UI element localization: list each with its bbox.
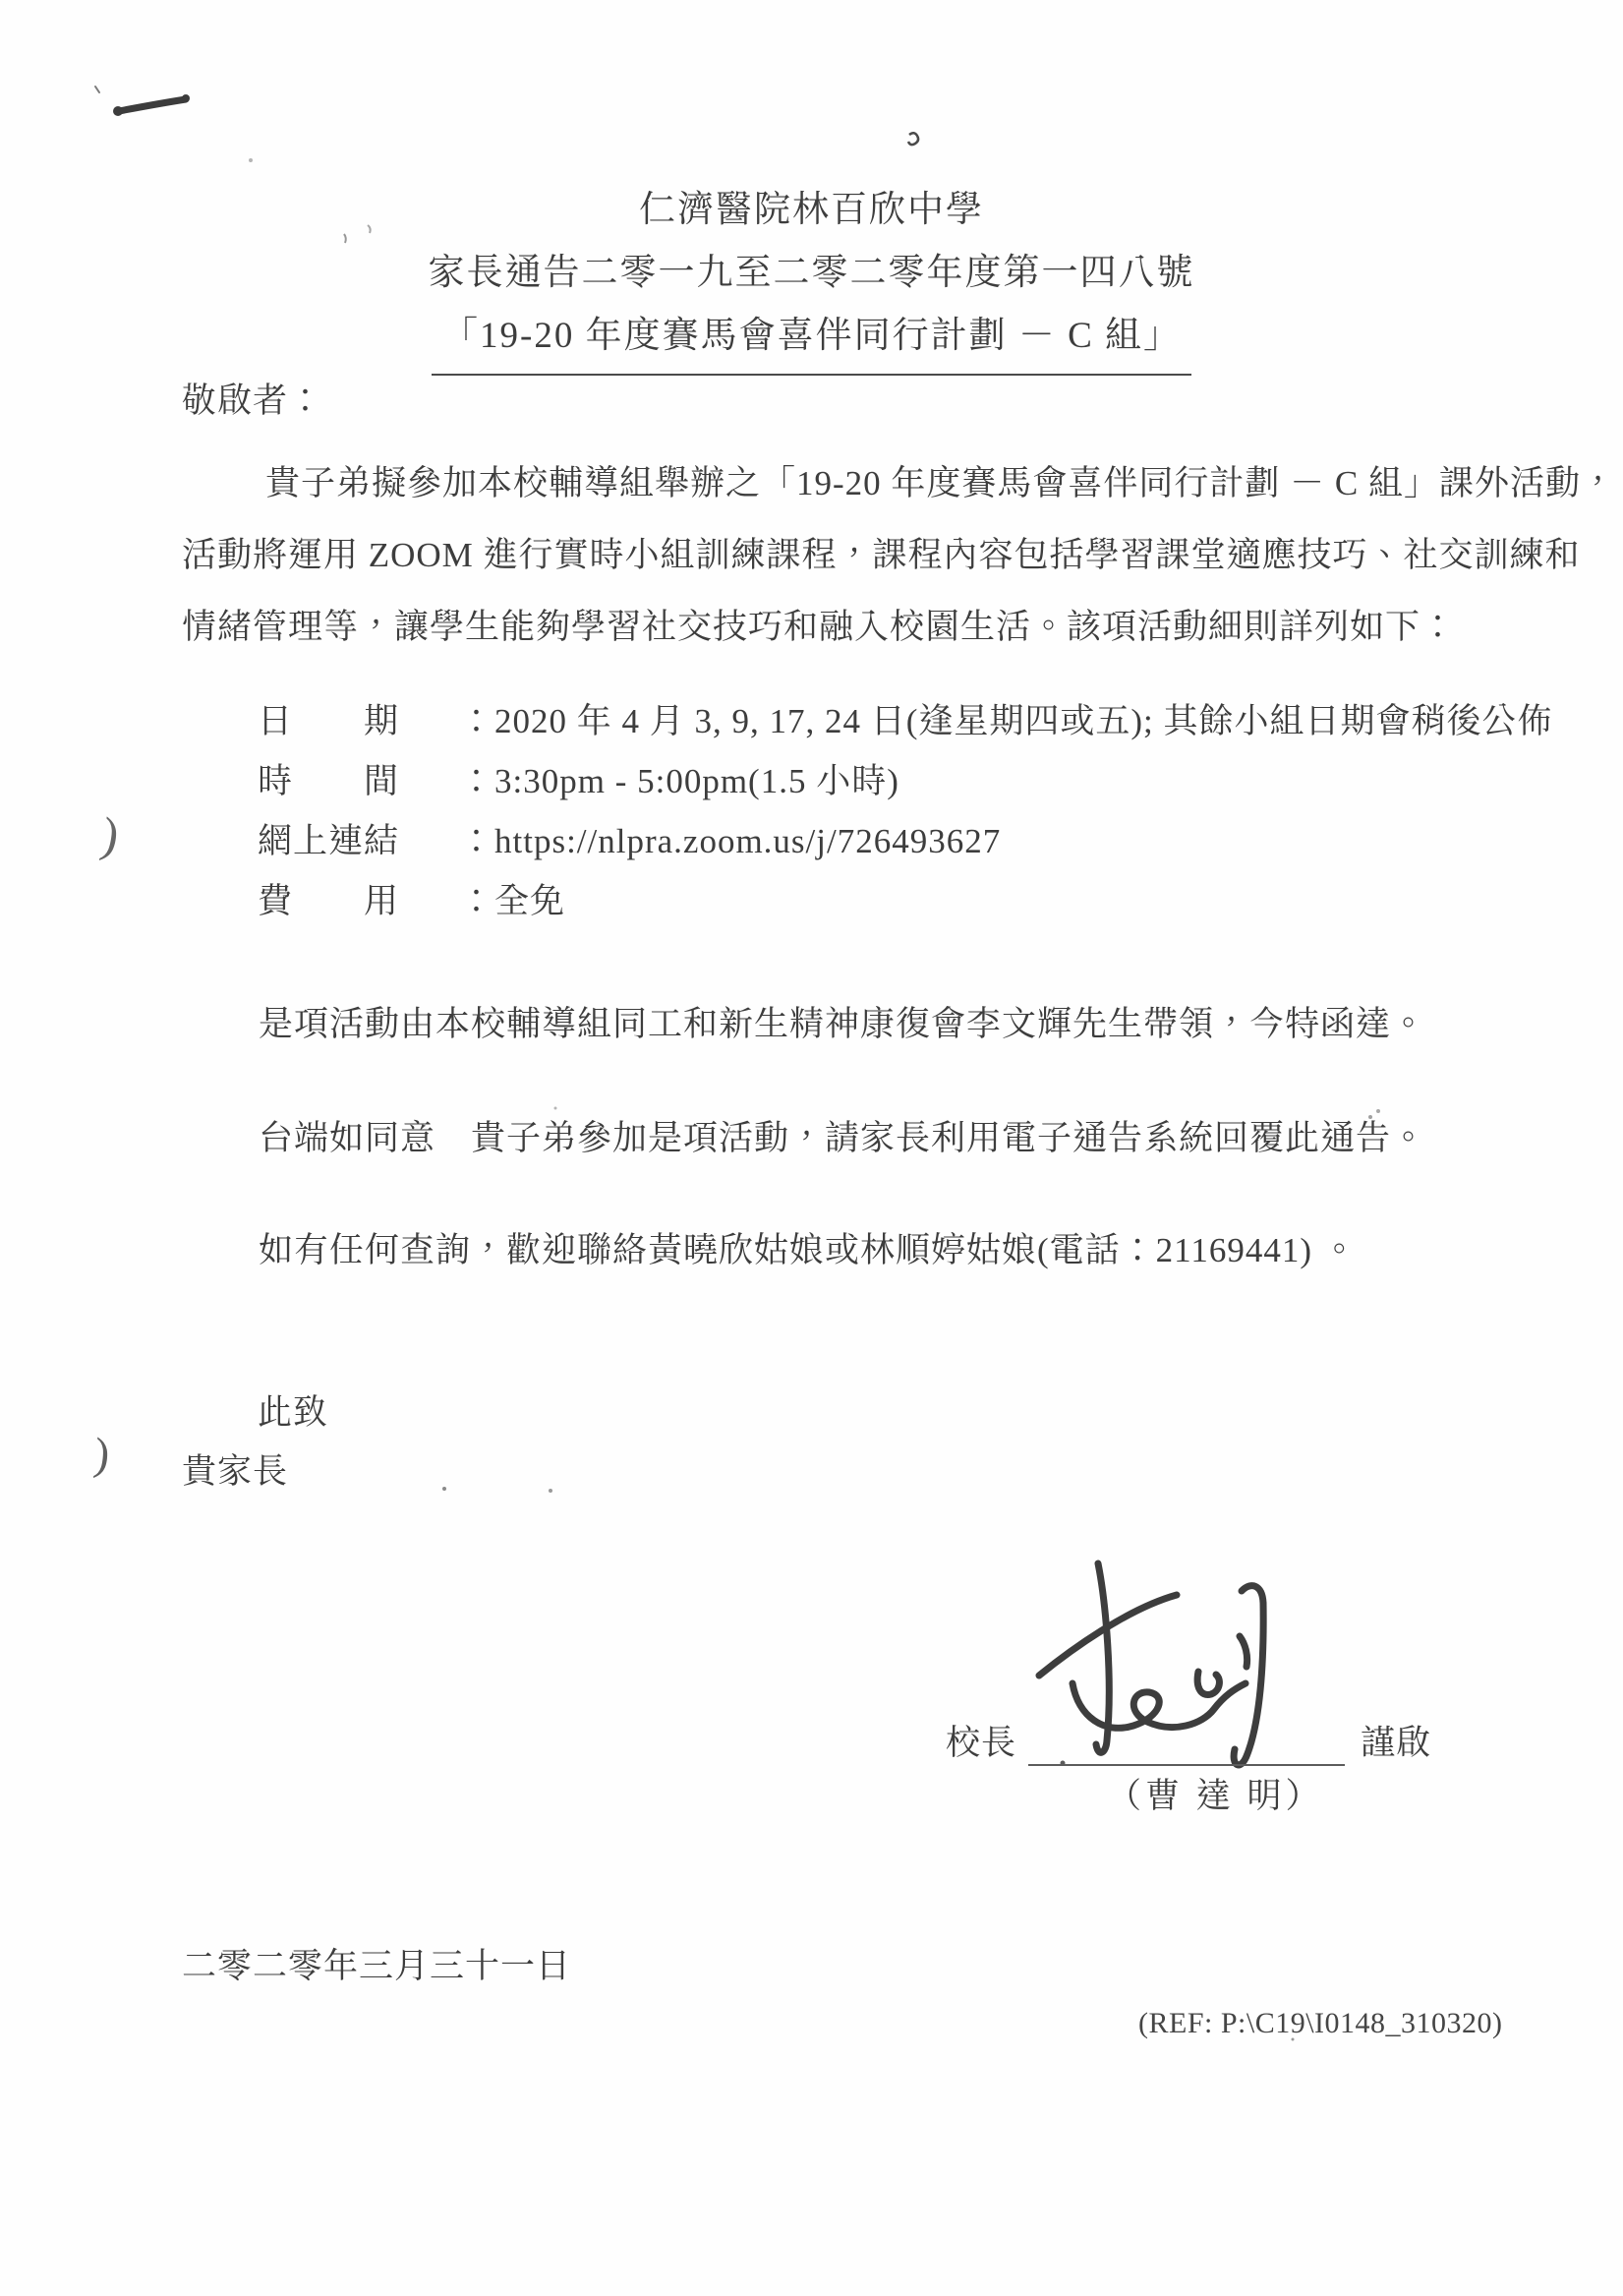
file-reference: (REF: P:\C19\I0148_310320) <box>1138 2009 1503 2038</box>
notice-title: 「19-20 年度賽馬會喜伴同行計劃 － C 組」 <box>0 305 1623 376</box>
paragraph-leader: 是項活動由本校輔導組同工和新生精神康復會李文輝先生帶領，今特函達。 <box>259 1007 1426 1041</box>
detail-row-link: 網上連結：https://nlpra.zoom.us/j/726493627 <box>258 811 1553 871</box>
detail-label-time: 時 間 <box>258 751 459 811</box>
detail-value-date: ：2020 年 4 月 3, 9, 17, 24 日(逢星期四或五); 其餘小組… <box>459 702 1553 740</box>
notice-date: 二零二零年三月三十一日 <box>182 1949 571 1983</box>
intro-paragraph: 貴子弟擬參加本校輔導組舉辦之「19-20 年度賽馬會喜伴同行計劃 － C 組」課… <box>182 447 1558 663</box>
closing-salute: 此致 <box>258 1395 328 1430</box>
salutation: 敬啟者： <box>182 383 323 418</box>
detail-label-date: 日 期 <box>258 691 459 751</box>
principal-signature <box>988 1546 1420 1782</box>
detail-row-fee: 費 用：全免 <box>258 871 1553 931</box>
activity-details: 日 期：2020 年 4 月 3, 9, 17, 24 日(逢星期四或五); 其… <box>258 691 1553 931</box>
notice-number: 家長通告二零一九至二零二零年度第一四八號 <box>0 242 1623 305</box>
signature-role-label: 校長 <box>946 1726 1016 1760</box>
paragraph-enquiry: 如有任何查詢，歡迎聯絡黃曉欣姑娘或林順婷姑娘(電話：21169441) 。 <box>259 1233 1358 1267</box>
detail-label-fee: 費 用 <box>258 871 459 931</box>
detail-row-date: 日 期：2020 年 4 月 3, 9, 17, 24 日(逢星期四或五); 其… <box>258 691 1553 751</box>
closing-addressee: 貴家長 <box>182 1454 288 1489</box>
signature-sign-off: 謹啟 <box>1361 1726 1431 1760</box>
school-name: 仁濟醫院林百欣中學 <box>0 179 1623 242</box>
intro-line-1: 貴子弟擬參加本校輔導組舉辦之「19-20 年度賽馬會喜伴同行計劃 － C 組」課… <box>182 447 1558 519</box>
notice-title-text: 「19-20 年度賽馬會喜伴同行計劃 － C 組」 <box>432 305 1191 376</box>
detail-value-link: ：https://nlpra.zoom.us/j/726493627 <box>459 822 1001 860</box>
scan-artifact-paren-2: ) <box>92 1431 112 1477</box>
paragraph-consent: 台端如同意 貴子弟參加是項活動，請家長利用電子通告系統回覆此通告。 <box>259 1121 1426 1155</box>
detail-label-link: 網上連結 <box>258 811 459 871</box>
scan-artifact-paren-1: ) <box>98 809 123 860</box>
scanned-notice-page: 仁濟醫院林百欣中學 家長通告二零一九至二零二零年度第一四八號 「19-20 年度… <box>0 0 1623 2296</box>
intro-line-2: 活動將運用 ZOOM 進行實時小組訓練課程，課程內容包括學習課堂適應技巧、社交訓… <box>182 519 1558 591</box>
detail-value-time: ：3:30pm - 5:00pm(1.5 小時) <box>459 762 899 800</box>
signature-line <box>1028 1764 1345 1766</box>
detail-row-time: 時 間：3:30pm - 5:00pm(1.5 小時) <box>258 751 1553 811</box>
notice-header: 仁濟醫院林百欣中學 家長通告二零一九至二零二零年度第一四八號 「19-20 年度… <box>0 179 1623 376</box>
principal-name: （曹 達 明） <box>1107 1779 1324 1813</box>
pen-mark-icon <box>95 87 190 116</box>
smudge-mark <box>908 133 918 145</box>
intro-line-3: 情緒管理等，讓學生能夠學習社交技巧和融入校園生活。該項活動細則詳列如下： <box>182 591 1558 663</box>
detail-value-fee: ：全免 <box>459 882 565 920</box>
